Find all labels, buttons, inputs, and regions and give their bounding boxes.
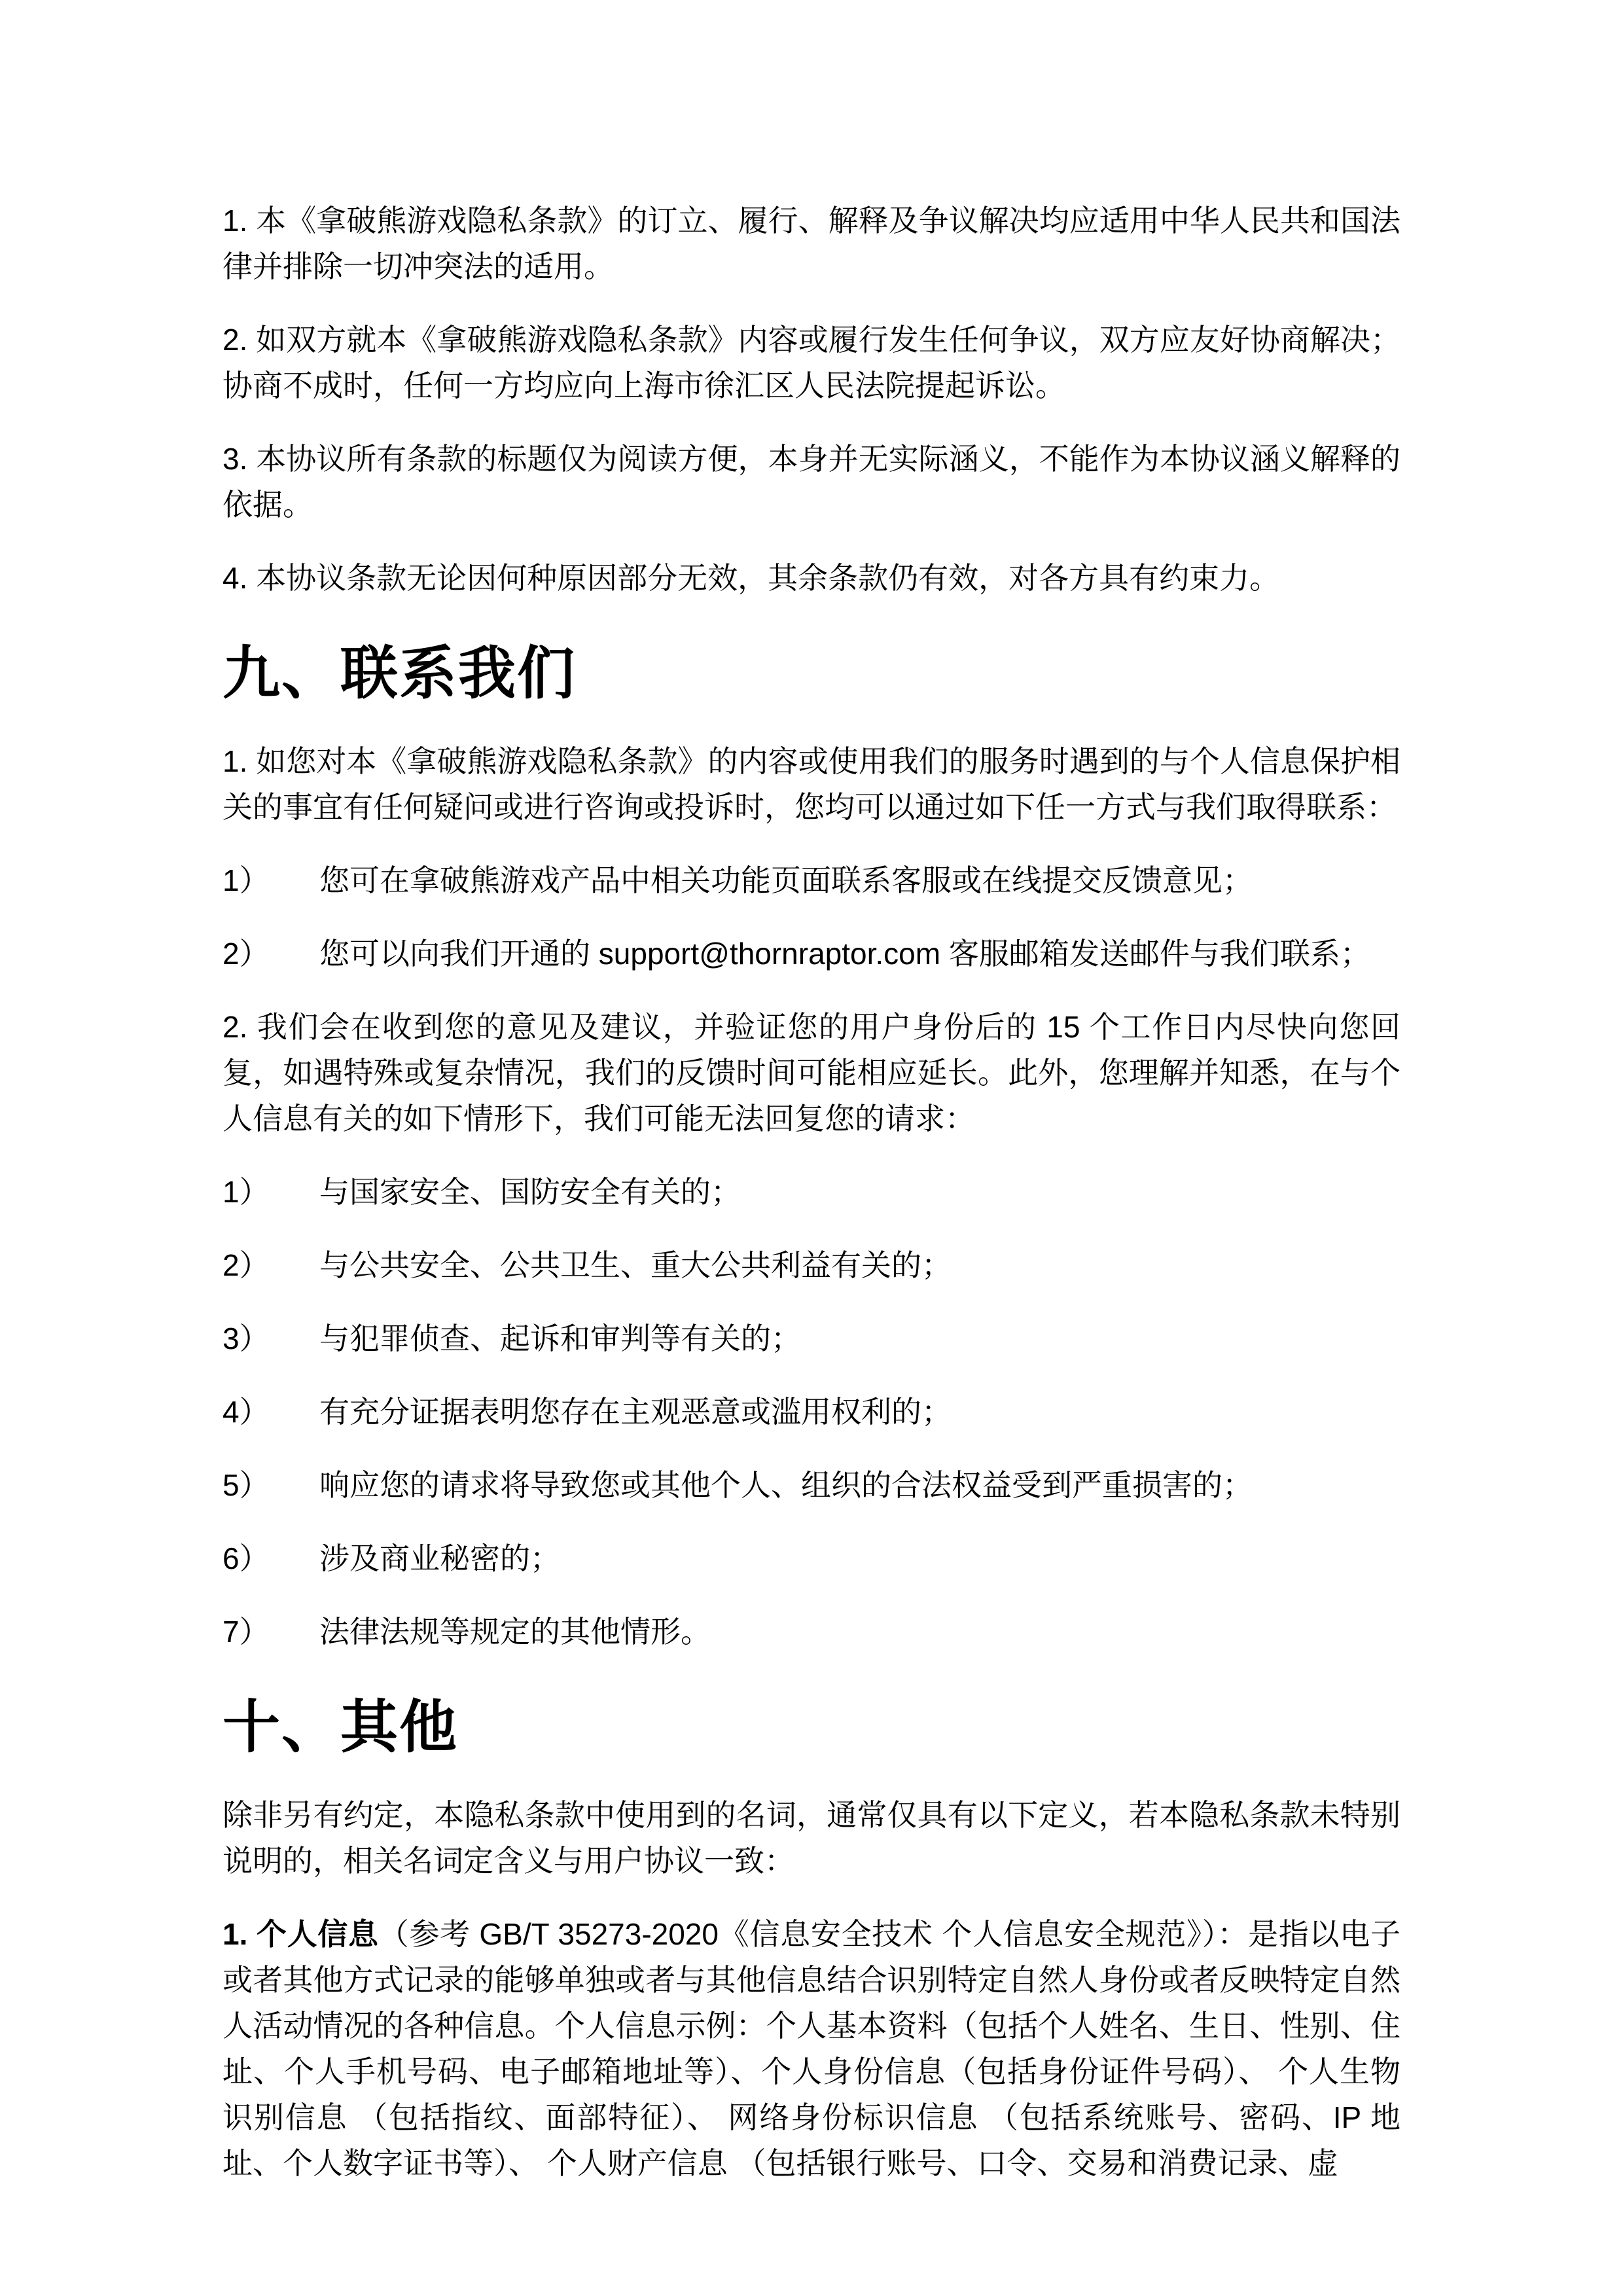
section9-paragraph-1: 1. 如您对本《拿破熊游戏隐私条款》的内容或使用我们的服务时遇到的与个人信息保护… [223, 738, 1400, 830]
contact-item-1: 1）您可在拿破熊游戏产品中相关功能页面联系客服或在线提交反馈意见； [223, 857, 1400, 903]
refusal-item-7-number: 7） [223, 1609, 319, 1655]
general-clause-1: 1. 本《拿破熊游戏隐私条款》的订立、履行、解释及争议解决均应适用中华人民共和国… [223, 198, 1400, 289]
refusal-item-2-text: 与公共安全、公共卫生、重大公共利益有关的； [319, 1248, 952, 1282]
refusal-item-6-text: 涉及商业秘密的； [319, 1541, 560, 1575]
contact-item-1-number: 1） [223, 857, 319, 903]
refusal-item-3-number: 3） [223, 1316, 319, 1361]
refusal-item-1-text: 与国家安全、国防安全有关的； [319, 1175, 741, 1209]
refusal-item-2: 2）与公共安全、公共卫生、重大公共利益有关的； [223, 1242, 1400, 1288]
general-clause-3: 3. 本协议所有条款的标题仅为阅读方便，本身并无实际涵义，不能作为本协议涵义解释… [223, 436, 1400, 528]
general-clause-2: 2. 如双方就本《拿破熊游戏隐私条款》内容或履行发生任何争议，双方应友好协商解决… [223, 317, 1400, 408]
general-clause-4: 4. 本协议条款无论因何种原因部分无效，其余条款仍有效，对各方具有约束力。 [223, 555, 1400, 601]
contact-item-2: 2）您可以向我们开通的 support@thornraptor.com 客服邮箱… [223, 931, 1400, 977]
contact-item-1-text: 您可在拿破熊游戏产品中相关功能页面联系客服或在线提交反馈意见； [319, 863, 1253, 897]
section10-intro: 除非另有约定，本隐私条款中使用到的名词，通常仅具有以下定义，若本隐私条款未特别说… [223, 1792, 1400, 1884]
refusal-item-5: 5）响应您的请求将导致您或其他个人、组织的合法权益受到严重损害的； [223, 1462, 1400, 1508]
refusal-item-7-text: 法律法规等规定的其他情形。 [319, 1615, 711, 1649]
refusal-item-3-text: 与犯罪侦查、起诉和审判等有关的； [319, 1321, 801, 1355]
refusal-item-1-number: 1） [223, 1169, 319, 1215]
section10-heading: 十、其他 [223, 1695, 1400, 1759]
definition-personal-info-term: 1. 个人信息 [223, 1917, 379, 1951]
contact-item-2-number: 2） [223, 931, 319, 977]
refusal-item-4: 4）有充分证据表明您存在主观恶意或滥用权利的； [223, 1389, 1400, 1435]
refusal-item-4-number: 4） [223, 1389, 319, 1435]
refusal-item-2-number: 2） [223, 1242, 319, 1288]
refusal-item-5-text: 响应您的请求将导致您或其他个人、组织的合法权益受到严重损害的； [319, 1468, 1253, 1502]
definition-personal-info-body: （参考 GB/T 35273-2020《信息安全技术 个人信息安全规范》）：是指… [223, 1917, 1400, 2180]
refusal-item-5-number: 5） [223, 1462, 319, 1508]
refusal-item-1: 1）与国家安全、国防安全有关的； [223, 1169, 1400, 1215]
definition-personal-info: 1. 个人信息（参考 GB/T 35273-2020《信息安全技术 个人信息安全… [223, 1911, 1400, 2186]
refusal-item-6: 6）涉及商业秘密的； [223, 1535, 1400, 1581]
refusal-item-3: 3）与犯罪侦查、起诉和审判等有关的； [223, 1316, 1400, 1361]
refusal-item-4-text: 有充分证据表明您存在主观恶意或滥用权利的； [319, 1395, 952, 1429]
refusal-item-7: 7）法律法规等规定的其他情形。 [223, 1609, 1400, 1655]
refusal-item-6-number: 6） [223, 1535, 319, 1581]
document-page: 1. 本《拿破熊游戏隐私条款》的订立、履行、解释及争议解决均应适用中华人民共和国… [0, 0, 1623, 2296]
section9-paragraph-2: 2. 我们会在收到您的意见及建议，并验证您的用户身份后的 15 个工作日内尽快向… [223, 1004, 1400, 1141]
section9-heading: 九、联系我们 [223, 641, 1400, 706]
contact-item-2-text: 您可以向我们开通的 support@thornraptor.com 客服邮箱发送… [319, 937, 1370, 971]
